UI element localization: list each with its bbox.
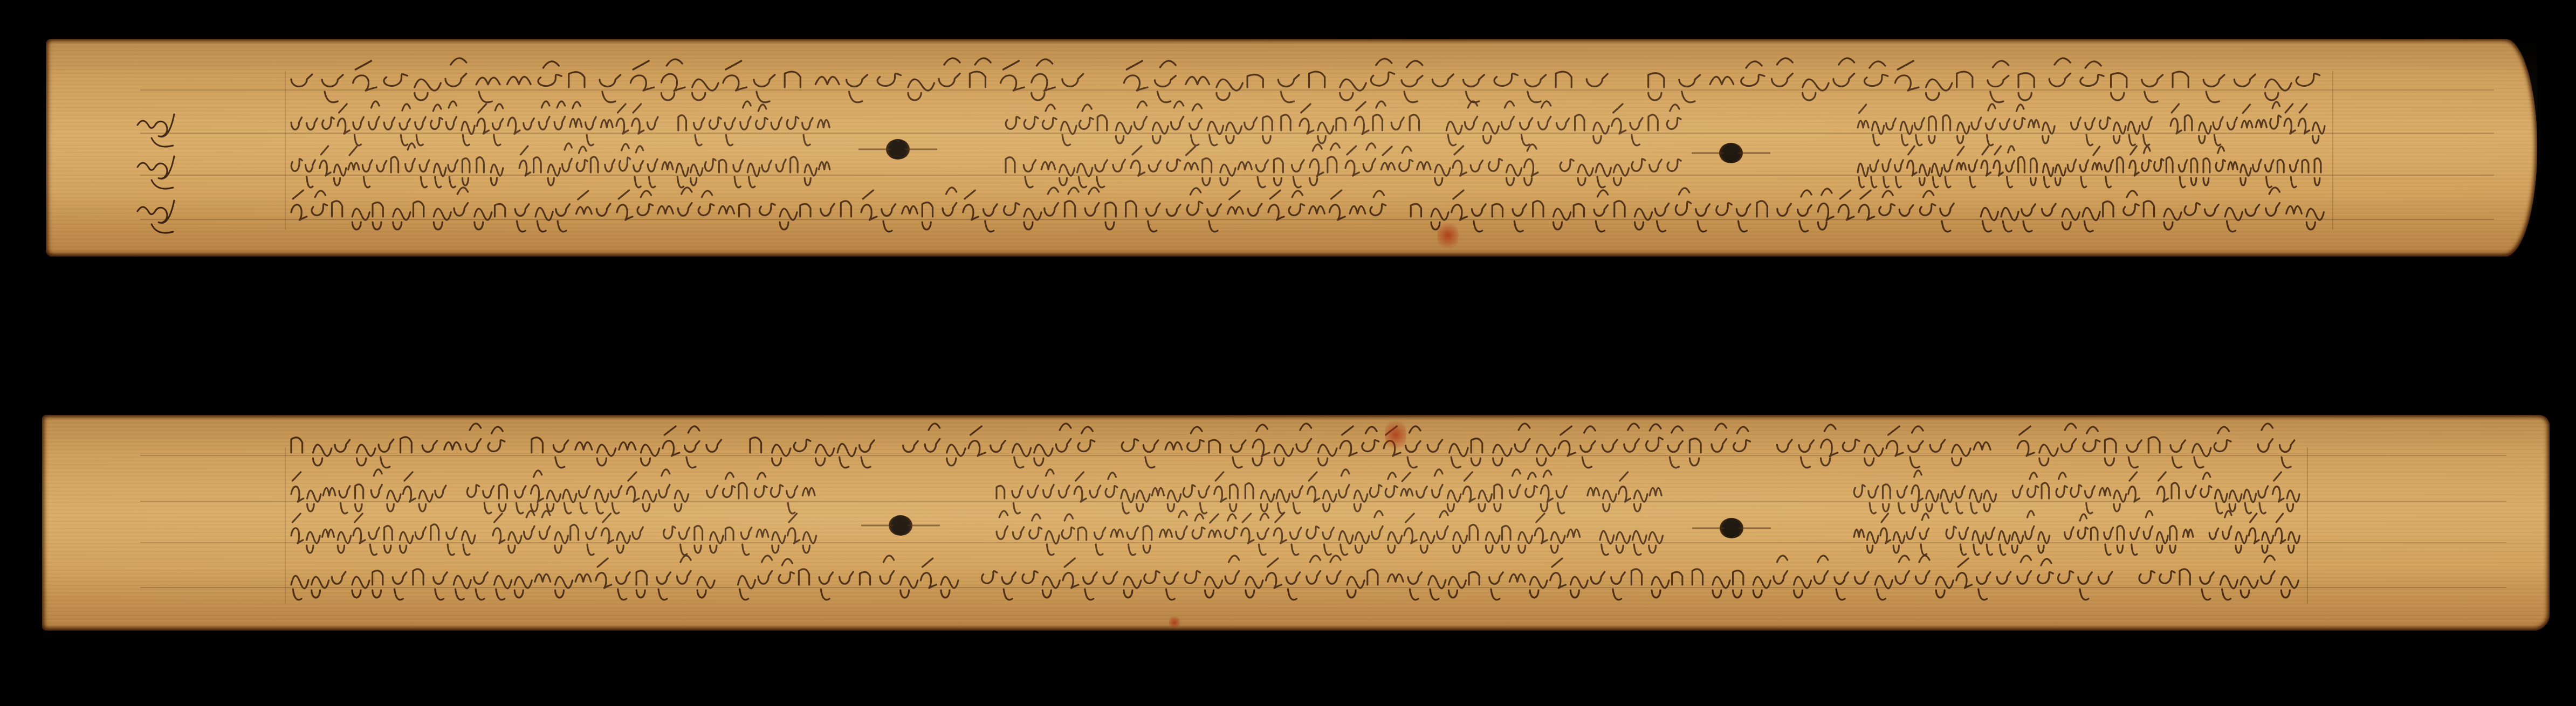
- string-hole: [1719, 143, 1743, 163]
- manuscript-text-stroke: [291, 469, 815, 514]
- ruling-line: [140, 89, 2494, 91]
- manuscript-text-layer: [42, 415, 2550, 631]
- palm-leaf-top: [46, 39, 2537, 257]
- red-stain: [1437, 219, 1459, 252]
- ruling-line: [140, 455, 2506, 456]
- string-hole: [1720, 518, 1743, 538]
- manuscript-text-stroke: [291, 58, 2320, 102]
- string-hole: [886, 139, 910, 160]
- margin-rule: [2307, 447, 2308, 604]
- manuscript-text-stroke: [291, 143, 830, 188]
- manuscript-text-stroke: [997, 469, 1661, 514]
- manuscript-text-stroke: [291, 188, 2324, 232]
- manuscript-text-layer: [46, 39, 2537, 257]
- manuscript-text-stroke: [291, 101, 829, 146]
- leaf-number-glyph: [138, 156, 174, 189]
- leaf-number-glyph: [138, 114, 174, 147]
- manuscript-text-stroke: [291, 556, 2298, 600]
- ruling-line: [140, 501, 2506, 502]
- manuscript-text-stroke: [1854, 470, 2299, 514]
- manuscript-text-stroke: [997, 511, 1663, 555]
- manuscript-text-stroke: [1006, 143, 1681, 188]
- string-hole: [889, 515, 912, 536]
- ruling-line: [140, 587, 2506, 588]
- margin-rule: [285, 447, 286, 604]
- ruling-line: [140, 133, 2494, 134]
- ruling-line: [140, 175, 2494, 176]
- manuscript-text-stroke: [1858, 102, 2325, 146]
- ruling-line: [140, 542, 2506, 543]
- ruling-line: [140, 219, 2494, 220]
- manuscript-text-stroke: [1006, 101, 1681, 146]
- red-stain: [1385, 416, 1406, 454]
- margin-rule: [2332, 71, 2333, 230]
- manuscript-text-stroke: [1854, 511, 2299, 555]
- manuscript-text-stroke: [291, 511, 816, 555]
- margin-rule: [285, 71, 286, 230]
- leaf-number-glyph: [138, 200, 174, 233]
- manuscript-text-stroke: [1858, 146, 2321, 188]
- manuscript-text-stroke: [291, 424, 2295, 468]
- palm-leaf-bottom: [42, 415, 2550, 631]
- red-stain: [1169, 614, 1180, 631]
